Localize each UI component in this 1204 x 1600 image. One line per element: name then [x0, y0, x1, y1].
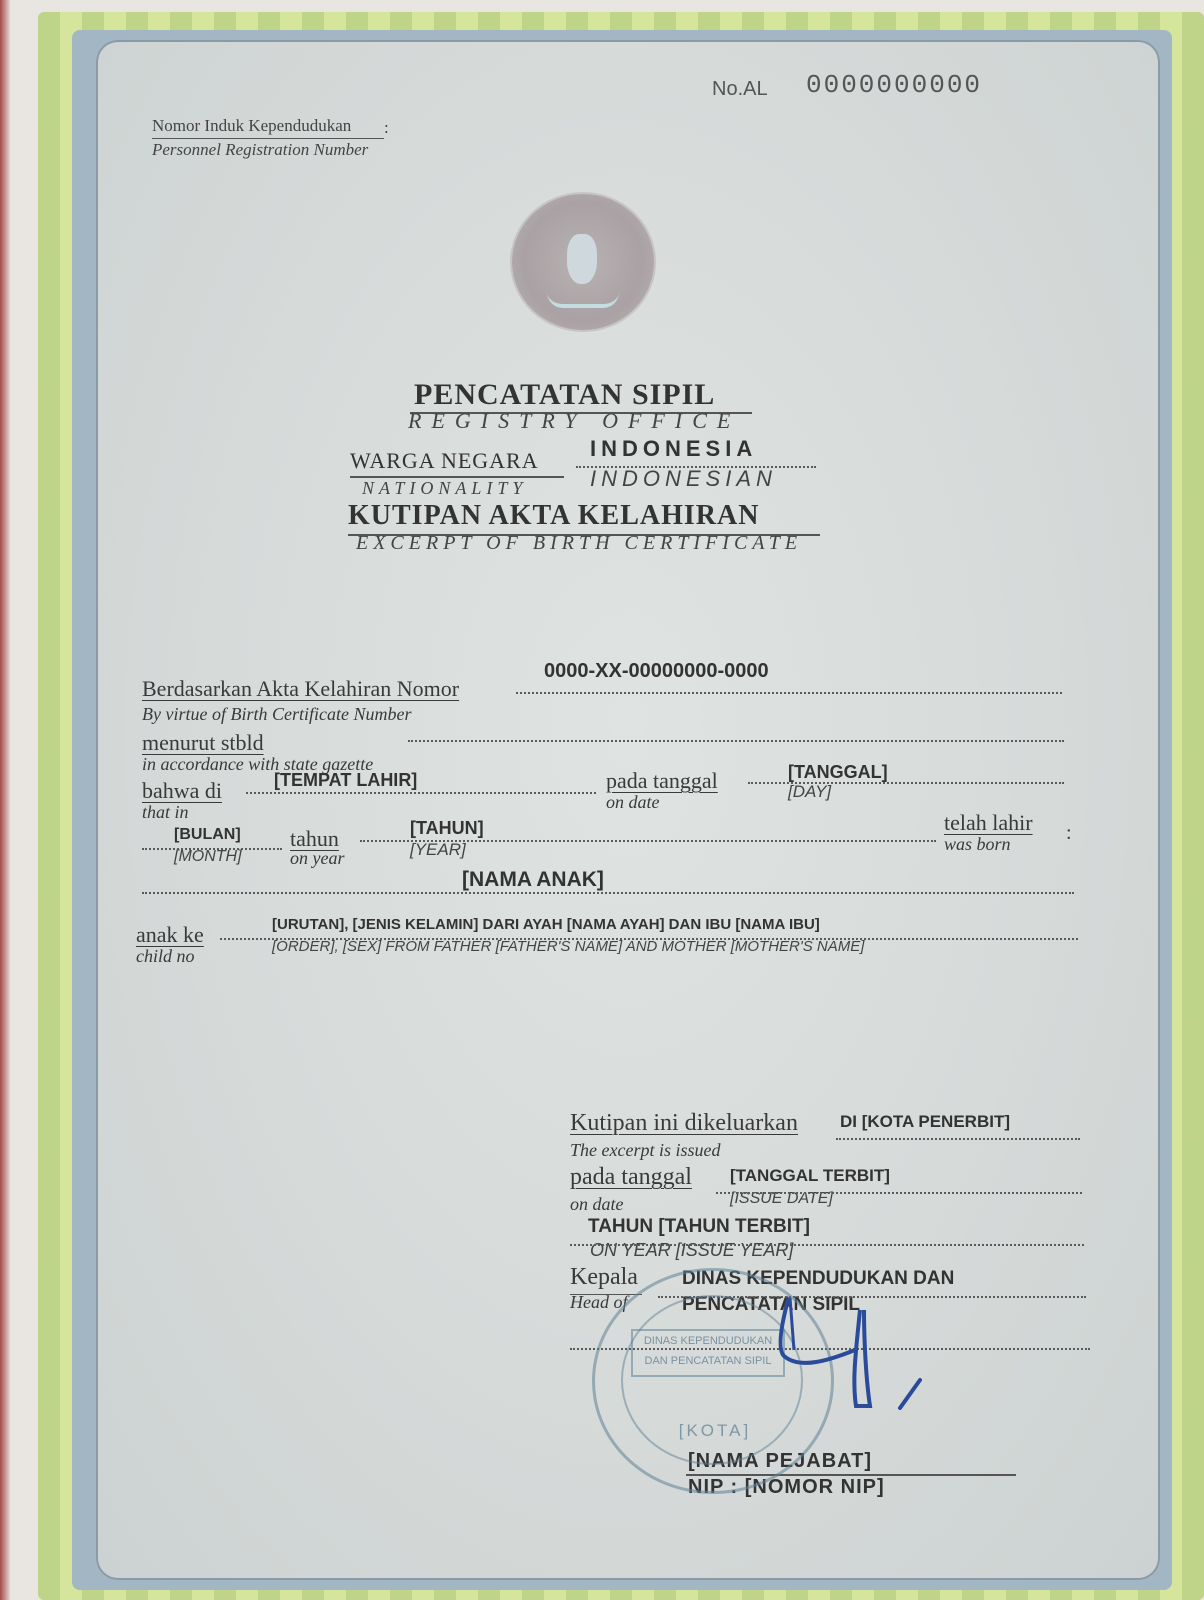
issued-place-dots [836, 1138, 1080, 1140]
issued-place: DI [KOTA PENERBIT] [840, 1112, 1010, 1132]
nik-label-en: Personnel Registration Number [152, 140, 368, 160]
date-dots [748, 782, 1064, 784]
issued-year-dots [570, 1244, 1084, 1246]
day-value-en: [DAY] [788, 782, 831, 802]
stbld-dots [408, 740, 1064, 742]
child-name-dots [142, 892, 1074, 894]
stamp-ring-text: [KOTA] [635, 1421, 795, 1441]
nationality-value: INDONESIA [590, 436, 757, 462]
office-title-en: REGISTRY OFFICE [408, 408, 740, 434]
year-value-en: [YEAR] [410, 840, 466, 860]
head-label: Kepala [570, 1264, 638, 1291]
cert-number-value: 0000-XX-00000000-0000 [544, 660, 769, 683]
place-dots [246, 792, 596, 794]
date-label: pada tanggal [606, 768, 718, 794]
photo-background-edge [0, 0, 10, 1600]
born-colon: : [1066, 822, 1072, 845]
year-dots [360, 840, 936, 842]
office-title: PENCATATAN SIPIL [414, 378, 715, 412]
child-description-dots [220, 938, 1078, 940]
place-label-en: that in [142, 802, 189, 823]
nik-rule [152, 138, 384, 139]
issued-label: Kutipan ini dikeluarkan [570, 1110, 798, 1137]
cert-number-dots [516, 692, 1062, 694]
year-value: [TAHUN] [410, 818, 484, 839]
ribbon-icon [547, 292, 619, 308]
day-value: [TANGGAL] [788, 762, 888, 783]
cert-number-label: Berdasarkan Akta Kelahiran Nomor [142, 676, 459, 702]
born-label-en: was born [944, 834, 1011, 855]
serial-label: No.AL [712, 78, 768, 101]
month-value: [BULAN] [174, 826, 241, 844]
issued-date-dots [716, 1192, 1082, 1194]
month-value-en: [MONTH] [174, 848, 242, 866]
document-title-en: EXCERPT OF BIRTH CERTIFICATE [356, 532, 802, 555]
signature-icon [760, 1290, 940, 1420]
serial-number: 0000000000 [806, 70, 982, 100]
nik-separator: : [384, 118, 389, 138]
child-name: [NAMA ANAK] [462, 868, 604, 892]
nationality-value-en: INDONESIAN [590, 466, 777, 492]
year-label-en: on year [290, 848, 344, 869]
issued-year: TAHUN [TAHUN TERBIT] [588, 1216, 810, 1238]
child-description-en: [ORDER], [SEX] FROM FATHER [FATHER'S NAM… [272, 938, 864, 955]
child-no-label-en: child no [136, 946, 195, 967]
born-label: telah lahir [944, 810, 1033, 836]
child-no-label: anak ke [136, 922, 204, 948]
document-title: KUTIPAN AKTA KELAHIRAN [348, 500, 759, 532]
stbld-label: menurut stbld [142, 730, 264, 756]
garuda-icon [567, 234, 597, 284]
cert-number-label-en: By virtue of Birth Certificate Number [142, 704, 411, 725]
date-label-en: on date [606, 792, 660, 813]
nationality-label-en: NATIONALITY [362, 478, 527, 499]
nationality-label: WARGA NEGARA [350, 448, 539, 474]
issued-label-en: The excerpt is issued [570, 1140, 720, 1161]
issued-date-label-en: on date [570, 1194, 624, 1215]
child-description: [URUTAN], [JENIS KELAMIN] DARI AYAH [NAM… [272, 916, 820, 933]
month-dots [142, 848, 282, 850]
issued-date: [TANGGAL TERBIT] [730, 1166, 890, 1186]
nik-label: Nomor Induk Kependudukan [152, 116, 351, 136]
place-label: bahwa di [142, 778, 222, 804]
issued-date-label: pada tanggal [570, 1164, 692, 1191]
national-emblem-icon [512, 194, 654, 330]
place-value: [TEMPAT LAHIR] [274, 770, 417, 791]
